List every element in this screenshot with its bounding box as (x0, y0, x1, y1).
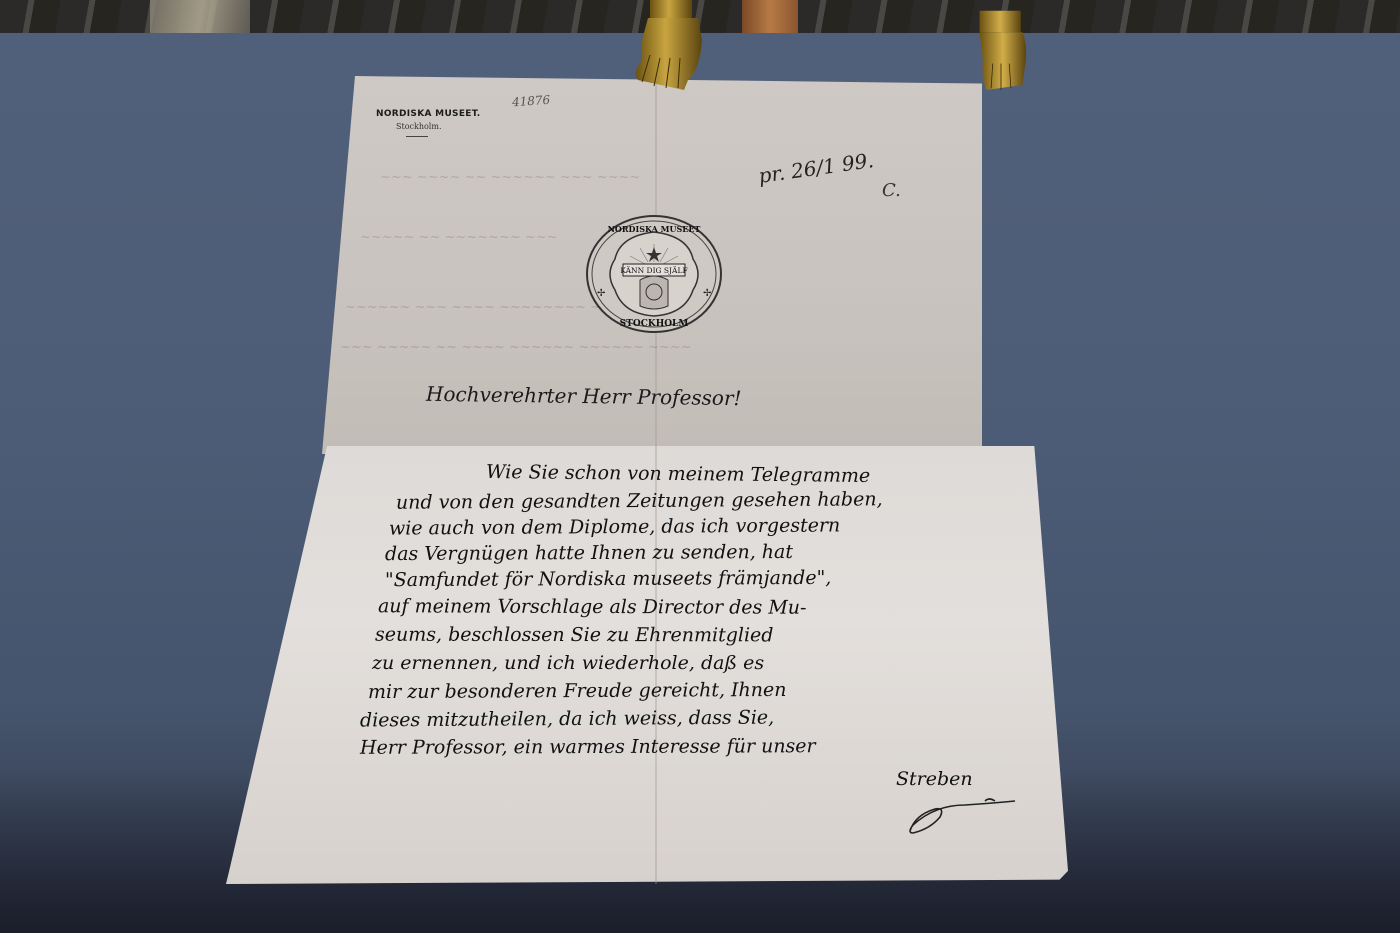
letter-line: dieses mitzutheilen, da ich weiss, dass … (360, 707, 774, 732)
letter-line: seums, beschlossen Sie zu Ehrenmitglied (375, 624, 773, 647)
wooden-post (742, 0, 798, 34)
svg-text:✢: ✢ (703, 288, 711, 299)
bleed-through-text: ~~~ ~~~~~ ~~ ~~~~ ~~~~~~ ~~~~~~ ~~~~ (340, 340, 692, 355)
received-mark: C. (882, 180, 901, 201)
museum-seal-icon: KÄNN DIG SJÄLF NORDISKA MUSEET STOCKHOLM… (585, 214, 723, 334)
letter-line: auf meinem Vorschlage als Director des M… (378, 595, 807, 618)
brass-hand-clip-right-icon (968, 0, 1034, 104)
letter-line: Wie Sie schon von meinem Telegramme (486, 461, 870, 487)
signature-flourish-icon (905, 795, 1020, 835)
bleed-through-text: ~~~ ~~~~ ~~ ~~~~~~ ~~~ ~~~~ (380, 170, 640, 185)
letter-line: "Samfundet för Nordiska museets främjand… (385, 567, 831, 591)
svg-text:✢: ✢ (597, 288, 605, 299)
letter-line: und von den gesandten Zeitungen gesehen … (396, 488, 883, 513)
letter-line: zu ernennen, und ich wiederhole, daß es (372, 652, 764, 674)
letter-line: mir zur besonderen Freude gereicht, Ihne… (368, 679, 787, 703)
seal-bottom-text: STOCKHOLM (620, 319, 689, 329)
seal-motto: KÄNN DIG SJÄLF (620, 266, 687, 275)
bleed-through-text: ~~~~~ ~~ ~~~~~~~ ~~~ (360, 230, 558, 245)
brass-hand-clip-left-icon (628, 0, 708, 100)
archive-number: 41876 (512, 93, 551, 110)
letter-line: Streben (896, 768, 973, 790)
letterhead-city: Stockholm. (396, 122, 442, 131)
letterhead-institution: NORDISKA MUSEET. (376, 109, 481, 119)
letterhead-rule (406, 136, 428, 137)
ceiling-light (150, 0, 250, 34)
seal-top-text: NORDISKA MUSEET (608, 224, 701, 234)
letter-line: Herr Professor, ein warmes Interesse für… (360, 735, 816, 759)
letter-salutation: Hochverehrter Herr Professor! (426, 382, 742, 410)
letter-line: das Vergnügen hatte Ihnen zu senden, hat (385, 541, 793, 565)
letter-line: wie auch von dem Diplome, das ich vorges… (389, 514, 840, 539)
